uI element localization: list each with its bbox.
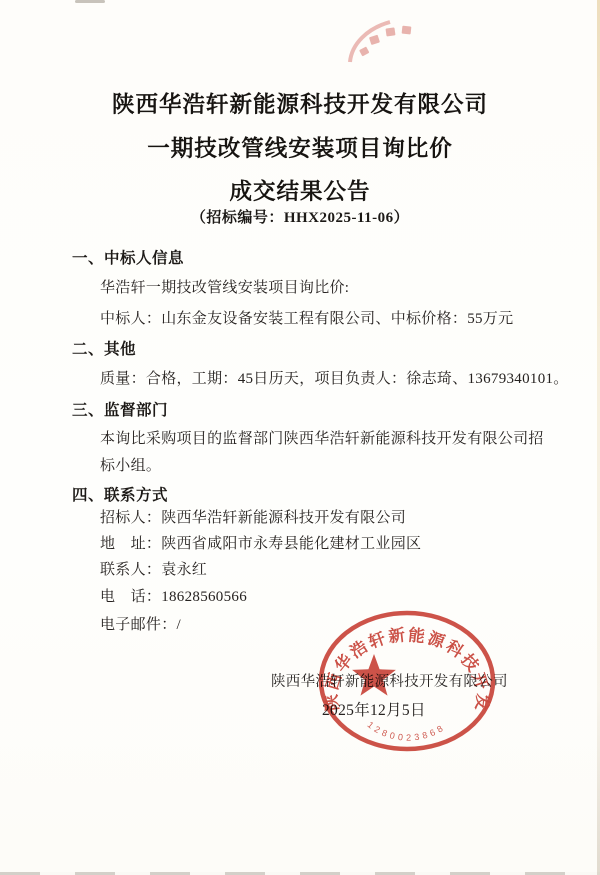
document-title-line-3: 成交结果公告	[229, 178, 370, 206]
section-2-heading: 二、其他	[72, 340, 136, 359]
section-1-line-1: 华浩轩一期技改管线安装项目询比价:	[100, 279, 349, 298]
company-seal: 陕西华浩轩新能源科技开发有限公司 1280023868	[316, 608, 502, 758]
section-3-line-2: 标小组。	[100, 457, 161, 476]
section-4-line-5: 电子邮件：/	[100, 616, 181, 635]
section-3-heading: 三、监督部门	[72, 401, 168, 420]
bid-number: （招标编号：HHX2025-11-06）	[191, 209, 409, 228]
section-4-heading: 四、联系方式	[72, 486, 168, 505]
seal-serial-text: 1280023868	[365, 720, 444, 743]
scan-artifact-mark	[75, 0, 105, 3]
section-4-line-3: 联系人：袁永红	[100, 561, 207, 580]
seal-company-textpath: 陕西华浩轩新能源科技开发有限公司	[316, 608, 494, 712]
seal-ring	[321, 613, 493, 749]
section-4-line-4: 电 话：18628560566	[100, 588, 247, 607]
document-title-line-2: 一期技改管线安装项目询比价	[147, 135, 453, 163]
section-3-line-1: 本询比采购项目的监督部门陕西华浩轩新能源科技开发有限公司招	[100, 430, 544, 449]
section-4-line-1: 招标人：陕西华浩轩新能源科技开发有限公司	[100, 509, 406, 528]
section-4-line-2: 地 址：陕西省咸阳市永寿县能化建材工业园区	[100, 535, 421, 554]
seal-fragment-top	[346, 16, 430, 68]
document-title-line-1: 陕西华浩轩新能源科技开发有限公司	[112, 91, 488, 119]
document-page: 陕西华浩轩新能源科技开发有限公司 一期技改管线安装项目询比价 成交结果公告 （招…	[0, 0, 600, 875]
seal-serial-textpath: 1280023868	[365, 720, 444, 743]
seal-company-text: 陕西华浩轩新能源科技开发有限公司	[316, 608, 494, 712]
section-1-line-2: 中标人：山东金友设备安装工程有限公司、中标价格：55万元	[100, 310, 513, 329]
section-1-heading: 一、中标人信息	[72, 249, 184, 268]
section-2-line-1: 质量：合格，工期：45日历天，项目负责人：徐志琦、13679340101。	[100, 370, 569, 389]
